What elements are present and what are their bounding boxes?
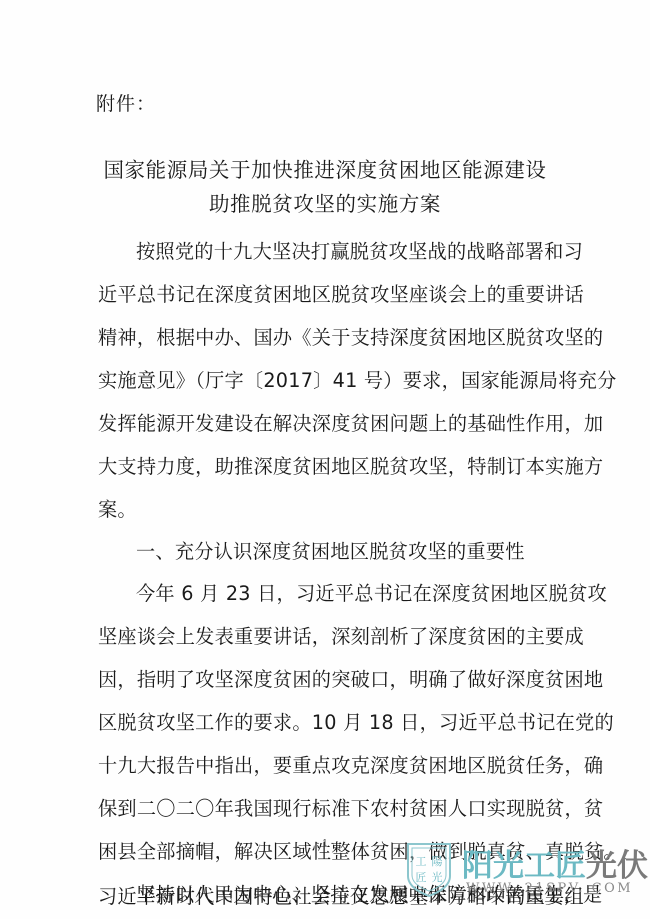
section-heading: 一、充分认识深度贫困地区脱贫攻坚的重要性 [136, 537, 525, 564]
watermark-name-secondary: 光伏网 [586, 848, 650, 884]
body-text-line: 按照党的十九大坚决打赢脱贫攻坚战的战略部署和习 [136, 237, 583, 264]
document-page: 附件： 国家能源局关于加快推进深度贫困地区能源建设 助推脱贫攻坚的实施方案 按照… [0, 0, 650, 919]
watermark-site-name: 阳光工匠光伏网 [462, 840, 650, 885]
body-text-line: 精神，根据中办、国办《关于支持深度贫困地区脱贫攻坚的 [98, 323, 603, 350]
body-text-line: 大支持力度，助推深度贫困地区脱贫攻坚，特制订本实施方 [98, 452, 603, 479]
attachment-label: 附件： [96, 89, 156, 116]
body-text-line: 坚座谈会上发表重要讲话，深刻剖析了深度贫困的主要成 [98, 622, 584, 649]
document-title-line-2: 助推脱贫攻坚的实施方案 [0, 187, 650, 217]
body-text-line: 案。 [98, 495, 137, 522]
body-text-line: 保到二〇二〇年我国现行标准下农村贫困人口实现脱贫，贫 [98, 794, 603, 821]
body-text-line: 十九大报告中指出，要重点攻克深度贫困地区脱贫任务，确 [98, 751, 603, 778]
body-text-line: 近平总书记在深度贫困地区脱贫攻坚座谈会上的重要讲话 [98, 280, 584, 307]
watermark-name-primary: 阳光工匠 [462, 848, 586, 884]
shield-badge-icon: 工 陽 匠 光 [404, 840, 454, 898]
body-text-line: 实施意见》（厅字〔2017〕41 号）要求，国家能源局将充分 [98, 366, 617, 393]
svg-text:光: 光 [432, 870, 443, 884]
document-title-line-1: 国家能源局关于加快推进深度贫困地区能源建设 [0, 153, 650, 183]
body-text-line: 区脱贫攻坚工作的要求。10 月 18 日，习近平总书记在党的 [98, 708, 614, 735]
svg-text:匠: 匠 [416, 871, 427, 884]
body-text-line: 今年 6 月 23 日，习近平总书记在深度贫困地区脱贫攻 [136, 579, 607, 606]
svg-text:陽: 陽 [432, 855, 443, 868]
body-text-line: 发挥能源开发建设在解决深度贫困问题上的基础性作用，加 [98, 409, 603, 436]
body-text-line: 因，指明了攻坚深度贫困的突破口，明确了做好深度贫困地 [98, 665, 603, 692]
watermark-url: WWW. 21SPV. COM [466, 881, 633, 896]
watermark-logo: 工 陽 匠 光 阳光工匠光伏网 WWW. 21SPV. COM [404, 838, 644, 902]
svg-text:工: 工 [416, 855, 427, 868]
